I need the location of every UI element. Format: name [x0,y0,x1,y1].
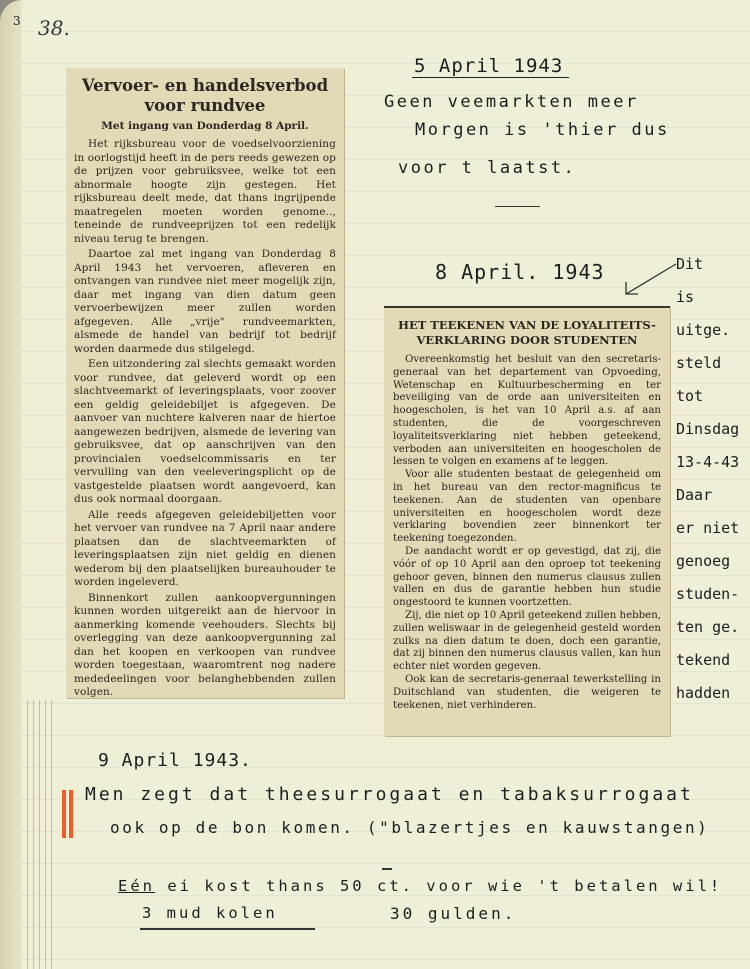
margin-note-line: Dinsdag [676,413,748,446]
margin-note-line: tekend [676,644,748,677]
clipping-paragraph: Alle reeds afgegeven geleidebiljetten vo… [74,509,336,590]
red-marker-icon [62,790,74,838]
arrow-icon [620,260,680,300]
page-number: 38. [38,16,70,40]
underlined-word: Eén [118,877,155,895]
scrapbook-page: 3 38. Vervoer- en handelsverbod voor run… [0,0,750,969]
margin-note-line: steld [676,347,748,380]
clipping-paragraph: Het rijksbureau voor de voedselvoorzieni… [74,138,336,246]
underline [140,928,315,930]
entry-date-9-april: 9 April 1943. [98,750,252,771]
handwritten-line: Morgen is 'thier dus [415,120,670,140]
handwritten-line: voor t laatst. [398,158,576,178]
clipping-paragraph: De aandacht wordt er op gevestigd, dat z… [393,546,661,610]
clipping-paragraph: Overeenkomstig het besluit van den secre… [393,354,661,469]
entry-date-8-april: 8 April. 1943 [435,260,605,284]
clipping-paragraph: Voor alle studenten bestaat de gelegenhe… [393,469,661,546]
separator-dash [382,868,392,870]
margin-note-line: tot [676,380,748,413]
clipping-cattle-ban: Vervoer- en handelsverbod voor rundvee M… [66,68,344,698]
egg-price-text: ei kost thans 50 ct. voor wie 't betalen… [155,877,722,895]
clipping-paragraph: Zij, die niet op 10 April geteekend zull… [393,610,661,674]
clipping-loyalty-declaration: HET TEEKENEN VAN DE LOYALITEITS-VERKLARI… [384,306,670,736]
margin-note-line: Daar [676,479,748,512]
margin-note-line: Dit [676,248,748,281]
margin-note-line: ten ge. [676,611,748,644]
coal-line: 3 mud kolen [142,904,278,922]
margin-note: Dit is uitge. steld tot Dinsdag 13-4-43 … [676,248,748,710]
margin-note-line: uitge. [676,314,748,347]
handwritten-line: Men zegt dat theesurrogaat en tabaksurro… [85,784,694,805]
clipping-headline: Vervoer- en handelsverbod voor rundvee [74,76,336,116]
clipping-headline: HET TEEKENEN VAN DE LOYALITEITS-VERKLARI… [393,318,661,348]
margin-note-line: er niet [676,512,748,545]
handwritten-line: ook op de bon komen. ("blazertjes en kau… [110,818,709,837]
page-edge [0,0,22,969]
margin-note-line: genoeg [676,545,748,578]
corner-mark: 3 [13,14,21,28]
margin-note-line: hadden [676,677,748,710]
clipping-subheadline: Met ingang van Donderdag 8 April. [74,120,336,132]
entry-date-5-april: 5 April 1943 [412,55,569,78]
clipping-paragraph: Binnenkort zullen aankoopvergunningen ku… [74,592,336,700]
page-stack-edges [22,700,52,969]
clipping-paragraph: Ook kan de secretaris-generaal tewerkste… [393,674,661,712]
handwritten-line: Geen veemarkten meer [384,92,639,112]
separator-dash [495,206,540,207]
margin-note-line: 13-4-43 [676,446,748,479]
margin-note-line: studen- [676,578,748,611]
clipping-paragraph: Een uitzondering zal slechts gemaakt wor… [74,358,336,507]
margin-note-line: is [676,281,748,314]
egg-price-line: Eén ei kost thans 50 ct. voor wie 't bet… [118,877,722,895]
coal-price: 30 gulden. [390,904,516,923]
clipping-paragraph: Daartoe zal met ingang van Donderdag 8 A… [74,248,336,356]
